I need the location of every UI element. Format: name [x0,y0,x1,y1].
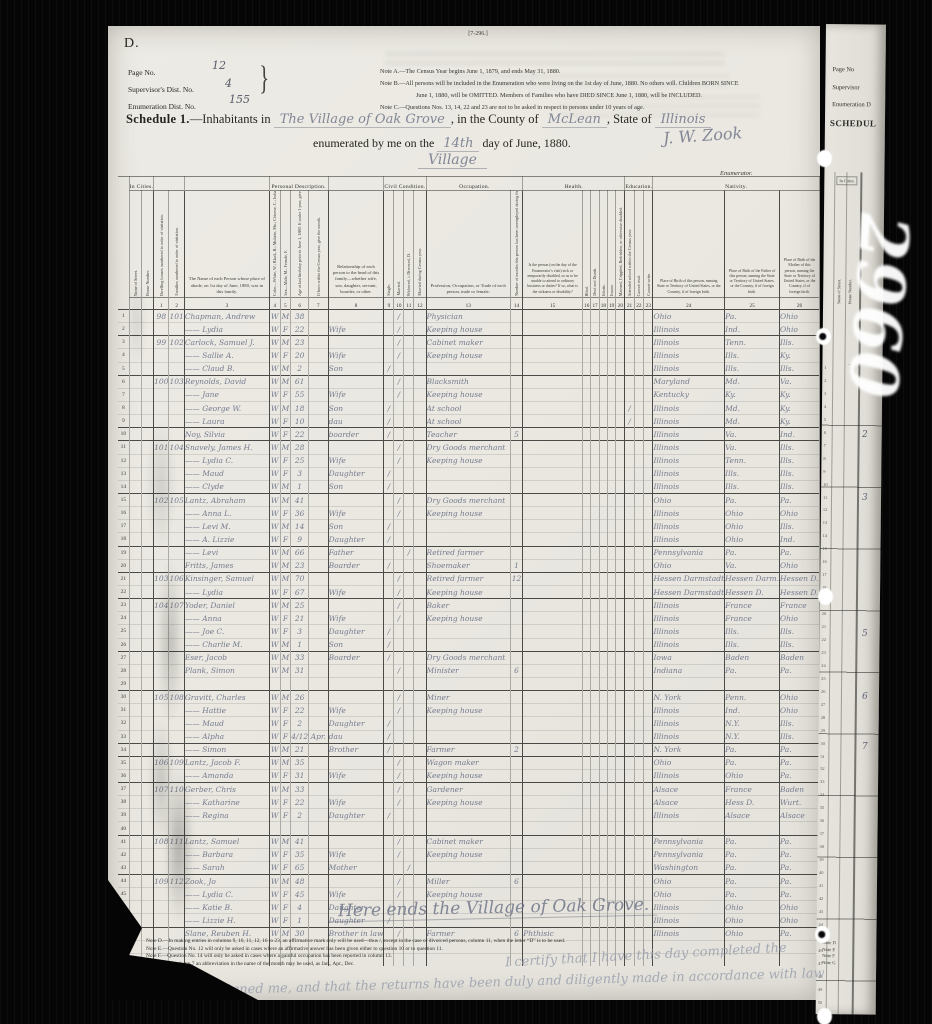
line2-lead: enumerated by me on the [313,136,434,150]
cell-mc [414,323,426,336]
column-header-s: Single. [384,191,394,298]
cell-occ: Keeping house [426,612,510,625]
cell-cr [634,428,643,441]
cell-mo [780,677,820,690]
cell-m: / [394,388,404,401]
person-row: 44109112Zook, JoWM48/Miller6OhioPa.Pa. [118,875,820,888]
cell-mc [414,664,426,677]
cell-rel [328,691,384,704]
cell-wd [404,323,414,336]
cell-s: / [384,480,394,493]
cell-birth: Ohio [653,756,725,769]
cell-mo: Ohio [780,323,820,336]
cell-month [309,796,328,809]
cell-sex: F [280,888,291,901]
cell-b18 [599,362,607,375]
cell-sick [523,730,583,743]
cell-b19 [608,415,616,428]
cell-unemp [510,717,522,730]
cell-age: 22 [291,428,309,441]
cell-att [625,783,634,796]
cell-birth: Ohio [653,493,725,506]
cell-m [394,861,404,874]
cell-month [309,388,328,401]
cell-fa: Pa. [725,835,780,848]
cell-street [129,677,141,690]
cell-age: 31 [291,769,309,782]
column-number: 7 [309,298,328,310]
cell-mc [414,796,426,809]
date-value: 14th [437,136,479,152]
rp-enum-label: Enumeration D [832,101,871,108]
row-number: 19 [118,546,129,559]
cell-mo: Pa. [780,493,820,506]
cell-b17 [591,756,599,769]
cell-birth: Illinois [653,901,725,914]
row-number: 42 [118,848,129,861]
cell-house [141,612,153,625]
cell-b19 [608,336,616,349]
cell-b18 [599,572,607,585]
cell-cw [644,691,653,704]
cell-color: W [269,875,280,888]
cell-b17 [591,875,599,888]
ghost-stamp [385,52,725,68]
cell-b18 [599,467,607,480]
cell-mc [414,638,426,651]
cell-b17 [591,520,599,533]
cell-b16 [583,572,591,585]
cell-att [625,585,634,598]
cell-unemp [510,756,522,769]
cell-b17 [591,585,599,598]
cell-b16 [583,507,591,520]
rp-row-number: 26 [821,689,825,694]
cell-occ [426,677,510,690]
cell-b19 [608,664,616,677]
cell-month [309,743,328,756]
column-header-sick: Is the person (on the day of the Enumera… [523,191,583,298]
cell-unemp [510,730,522,743]
cell-name: —— Clyde [184,480,269,493]
cell-rel: Mother [328,861,384,874]
cell-s [384,835,394,848]
cell-att [625,559,634,572]
census-table: In Cities.Personal Description.Civil Con… [118,176,820,966]
cell-wd [404,756,414,769]
cell-cw [644,585,653,598]
cell-month [309,323,328,336]
cell-sick [523,336,583,349]
cell-s [384,441,394,454]
person-row: 28Plank, SimonWM31/Minister6IndianaPa.Pa… [118,664,820,677]
cell-name: —— Lydia [184,585,269,598]
person-row: 26—— Charlie M.WM1Son/IllinoisIlls.Ills. [118,638,820,651]
rp-row-number: 12 [823,507,827,512]
cell-b18 [599,756,607,769]
cell-sick [523,533,583,546]
cell-color: W [269,783,280,796]
cell-dw: 99 [154,336,169,349]
column-number: 20 [616,298,625,310]
cell-mc [414,809,426,822]
row-number: 29 [118,677,129,690]
cell-unemp [510,323,522,336]
cell-street [129,520,141,533]
cell-fa: France [725,612,780,625]
cell-street [129,888,141,901]
cell-sick [523,585,583,598]
cell-house [141,704,153,717]
cell-b20 [616,454,625,467]
cell-b19 [608,861,616,874]
cell-att [625,599,634,612]
rp-supervisor-label: Supervisor [832,84,859,91]
cell-color: W [269,769,280,782]
rp-row-number: 13 [823,520,827,525]
person-row: 7—— JaneWF55Wife/Keeping houseKentuckyKy… [118,388,820,401]
cell-cw [644,507,653,520]
column-label-b18: Idiotic. [601,284,606,296]
rp-row-number: 21 [822,624,826,629]
cell-mc [414,546,426,559]
cell-month [309,441,328,454]
cell-b19 [608,691,616,704]
cell-occ: Keeping house [426,585,510,598]
cell-b16 [583,612,591,625]
column-number: 23 [644,298,653,310]
cell-wd [404,520,414,533]
cell-month [309,310,328,323]
cell-fa: Pa. [725,848,780,861]
cell-sick [523,441,583,454]
cell-b16 [583,677,591,690]
person-row: 13—— MaudWF3Daughter/IllinoisIlls.Ills. [118,467,820,480]
cell-b18 [599,730,607,743]
rp-row-number: 35 [820,805,824,810]
cell-month [309,769,328,782]
cell-mo: Ky. [780,401,820,414]
column-header-mo: Place of Birth of the Mother of this per… [780,191,820,298]
rp-tally-mark: 7 [862,742,868,752]
cell-b20 [616,730,625,743]
cell-fa: Pa. [725,546,780,559]
cell-sick [523,691,583,704]
cell-unemp [510,585,522,598]
rp-row-number: 38 [819,844,823,849]
cell-cw [644,336,653,349]
cell-cw [644,415,653,428]
cell-age: 41 [291,835,309,848]
row-number: 27 [118,651,129,664]
cell-age: 25 [291,599,309,612]
cell-mc [414,415,426,428]
rp-tally-mark: 2 [862,430,868,440]
cell-birth: Indiana [653,664,725,677]
cell-age: 22 [291,323,309,336]
column-label-sick: Is the person (on the day of the Enumera… [523,261,582,297]
district-block: Page No. Supervisor's Dist. No. Enumerat… [128,64,196,115]
cell-mo: Ind. [780,428,820,441]
cell-s: / [384,362,394,375]
rp-row-number: 29 [821,728,825,733]
cell-wd [404,875,414,888]
cell-m [394,428,404,441]
cell-b19 [608,612,616,625]
cell-b18 [599,310,607,323]
cell-mc [414,835,426,848]
cell-b19 [608,362,616,375]
cell-wd [404,349,414,362]
cell-birth: N. York [653,691,725,704]
cell-rel: Daughter [328,717,384,730]
cell-s [384,388,394,401]
column-header-m: Married. [394,191,404,298]
cell-sex: F [280,415,291,428]
column-number: 14 [510,298,522,310]
cell-month [309,520,328,533]
cell-sex [280,822,291,835]
cell-b17 [591,809,599,822]
cell-color: W [269,362,280,375]
cell-wd [404,493,414,506]
person-row: 33—— AlphaWF4/12Apr.dau/IllinoisN.Y.Ills… [118,730,820,743]
cell-cw [644,310,653,323]
cell-street [129,428,141,441]
cell-name: —— Katie B. [184,901,269,914]
cell-s: / [384,625,394,638]
cell-mo: Pa. [780,743,820,756]
cell-month [309,467,328,480]
column-label-b17: Deaf and Dumb. [592,268,597,296]
cell-b16 [583,756,591,769]
cell-mo: Alsace [780,809,820,822]
cell-sex: M [280,520,291,533]
cell-wd [404,783,414,796]
cell-b20 [616,875,625,888]
cell-b20 [616,493,625,506]
cell-b16 [583,796,591,809]
cell-unemp [510,336,522,349]
column-label-cr: Cannot read. [636,275,641,296]
cell-unemp [510,454,522,467]
cell-rel [328,835,384,848]
cell-b16 [583,349,591,362]
column-label-m: Married. [396,281,401,296]
cell-occ: Dry Goods merchant [426,441,510,454]
cell-b16 [583,401,591,414]
cell-name: —— Maud [184,717,269,730]
cell-color: W [269,861,280,874]
cell-cw [644,362,653,375]
cell-name: Chapman, Andrew [184,310,269,323]
cell-month [309,756,328,769]
cell-mc [414,401,426,414]
cell-cw [644,323,653,336]
cell-unemp [510,625,522,638]
cell-sick [523,349,583,362]
cell-fa: Md. [725,415,780,428]
cell-month [309,362,328,375]
cell-birth: Illinois [653,520,725,533]
cell-color: W [269,546,280,559]
cell-cw [644,375,653,388]
cell-b16 [583,559,591,572]
cell-color: W [269,310,280,323]
cell-b16 [583,743,591,756]
cell-mc [414,520,426,533]
cell-mo: Pa. [780,888,820,901]
cell-att [625,691,634,704]
cell-wd [404,428,414,441]
cell-b18 [599,401,607,414]
cell-street [129,612,141,625]
cell-color: W [269,323,280,336]
cell-sex: F [280,612,291,625]
cell-b20 [616,756,625,769]
cell-wd [404,362,414,375]
cell-wd [404,664,414,677]
cell-fa: Pa. [725,861,780,874]
cell-wd [404,704,414,717]
cell-age: 48 [291,875,309,888]
cell-month [309,559,328,572]
person-row: 30105108Gravitt, CharlesWM26/MinerN. Yor… [118,691,820,704]
cell-b16 [583,769,591,782]
cell-sex: M [280,599,291,612]
cell-b19 [608,467,616,480]
cell-month [309,691,328,704]
cell-b20 [616,861,625,874]
cell-unemp [510,480,522,493]
cell-house [141,691,153,704]
section-header: Health. [523,177,625,191]
cell-cr [634,756,643,769]
cell-fam [169,388,184,401]
cell-birth: Illinois [653,362,725,375]
cell-m [394,520,404,533]
cell-age: 20 [291,349,309,362]
cell-wd [404,454,414,467]
cell-b18 [599,428,607,441]
cell-occ: Teacher [426,428,510,441]
cell-sick [523,310,583,323]
row-number: 25 [118,625,129,638]
cell-b17 [591,769,599,782]
cell-name: Lantz, Abraham [184,493,269,506]
cell-occ: Dry Goods merchant [426,651,510,664]
cell-wd [404,336,414,349]
cell-b16 [583,651,591,664]
cell-m: / [394,664,404,677]
cell-sex: M [280,401,291,414]
cell-wd [404,441,414,454]
cell-cr [634,572,643,585]
cell-b17 [591,323,599,336]
cell-b16 [583,336,591,349]
cell-s [384,612,394,625]
cell-att [625,375,634,388]
rp-note-f: Note F [822,953,835,960]
cell-s [384,585,394,598]
cell-mc [414,756,426,769]
cell-name: Snavely, James H. [184,441,269,454]
cell-b20 [616,375,625,388]
cell-name: —— Charlie M. [184,638,269,651]
cell-name [184,677,269,690]
row-number: 12 [118,454,129,467]
cell-s: / [384,520,394,533]
cell-occ: Keeping house [426,796,510,809]
cell-sex: F [280,730,291,743]
cell-cw [644,796,653,809]
cell-birth: Ohio [653,559,725,572]
cell-b16 [583,362,591,375]
cell-att [625,677,634,690]
scan-smudge [128,276,146,366]
cell-mc [414,310,426,323]
cell-b20 [616,559,625,572]
cell-cw [644,401,653,414]
column-label-age: Age at last birthday prior to June 1, 18… [297,196,302,296]
cell-att [625,625,634,638]
cell-b18 [599,783,607,796]
cell-fa: Ohio [725,769,780,782]
cell-cr [634,769,643,782]
cell-unemp [510,362,522,375]
cell-month [309,822,328,835]
cell-att [625,520,634,533]
cell-rel [328,493,384,506]
cell-street [129,901,141,914]
cell-b18 [599,809,607,822]
cell-cr [634,375,643,388]
cell-cr [634,336,643,349]
cell-rel: Daughter [328,625,384,638]
cell-color: W [269,493,280,506]
cell-att [625,875,634,888]
cell-sex: F [280,901,291,914]
cell-b19 [608,835,616,848]
cell-mo: Ills. [780,638,820,651]
cell-name: Zook, Jo [184,875,269,888]
cell-age [291,822,309,835]
cell-birth: Iowa [653,651,725,664]
cell-age: 65 [291,861,309,874]
cell-age: 22 [291,704,309,717]
cell-unemp [510,310,522,323]
cell-b20 [616,599,625,612]
cell-color: W [269,454,280,467]
cell-cw [644,664,653,677]
cell-age: 3 [291,625,309,638]
row-number: 9 [118,415,129,428]
cell-b17 [591,401,599,414]
cell-mo: Ills. [780,717,820,730]
cell-b20 [616,717,625,730]
cell-b17 [591,822,599,835]
cell-b19 [608,651,616,664]
cell-s: / [384,651,394,664]
cell-mc [414,362,426,375]
cell-house [141,664,153,677]
cell-cr [634,401,643,414]
cell-s [384,546,394,559]
cell-mo: Ky. [780,388,820,401]
cell-occ: Minister [426,664,510,677]
cell-color: W [269,349,280,362]
person-row: 22—— LydiaWF67Wife/Keeping houseHessen D… [118,585,820,598]
